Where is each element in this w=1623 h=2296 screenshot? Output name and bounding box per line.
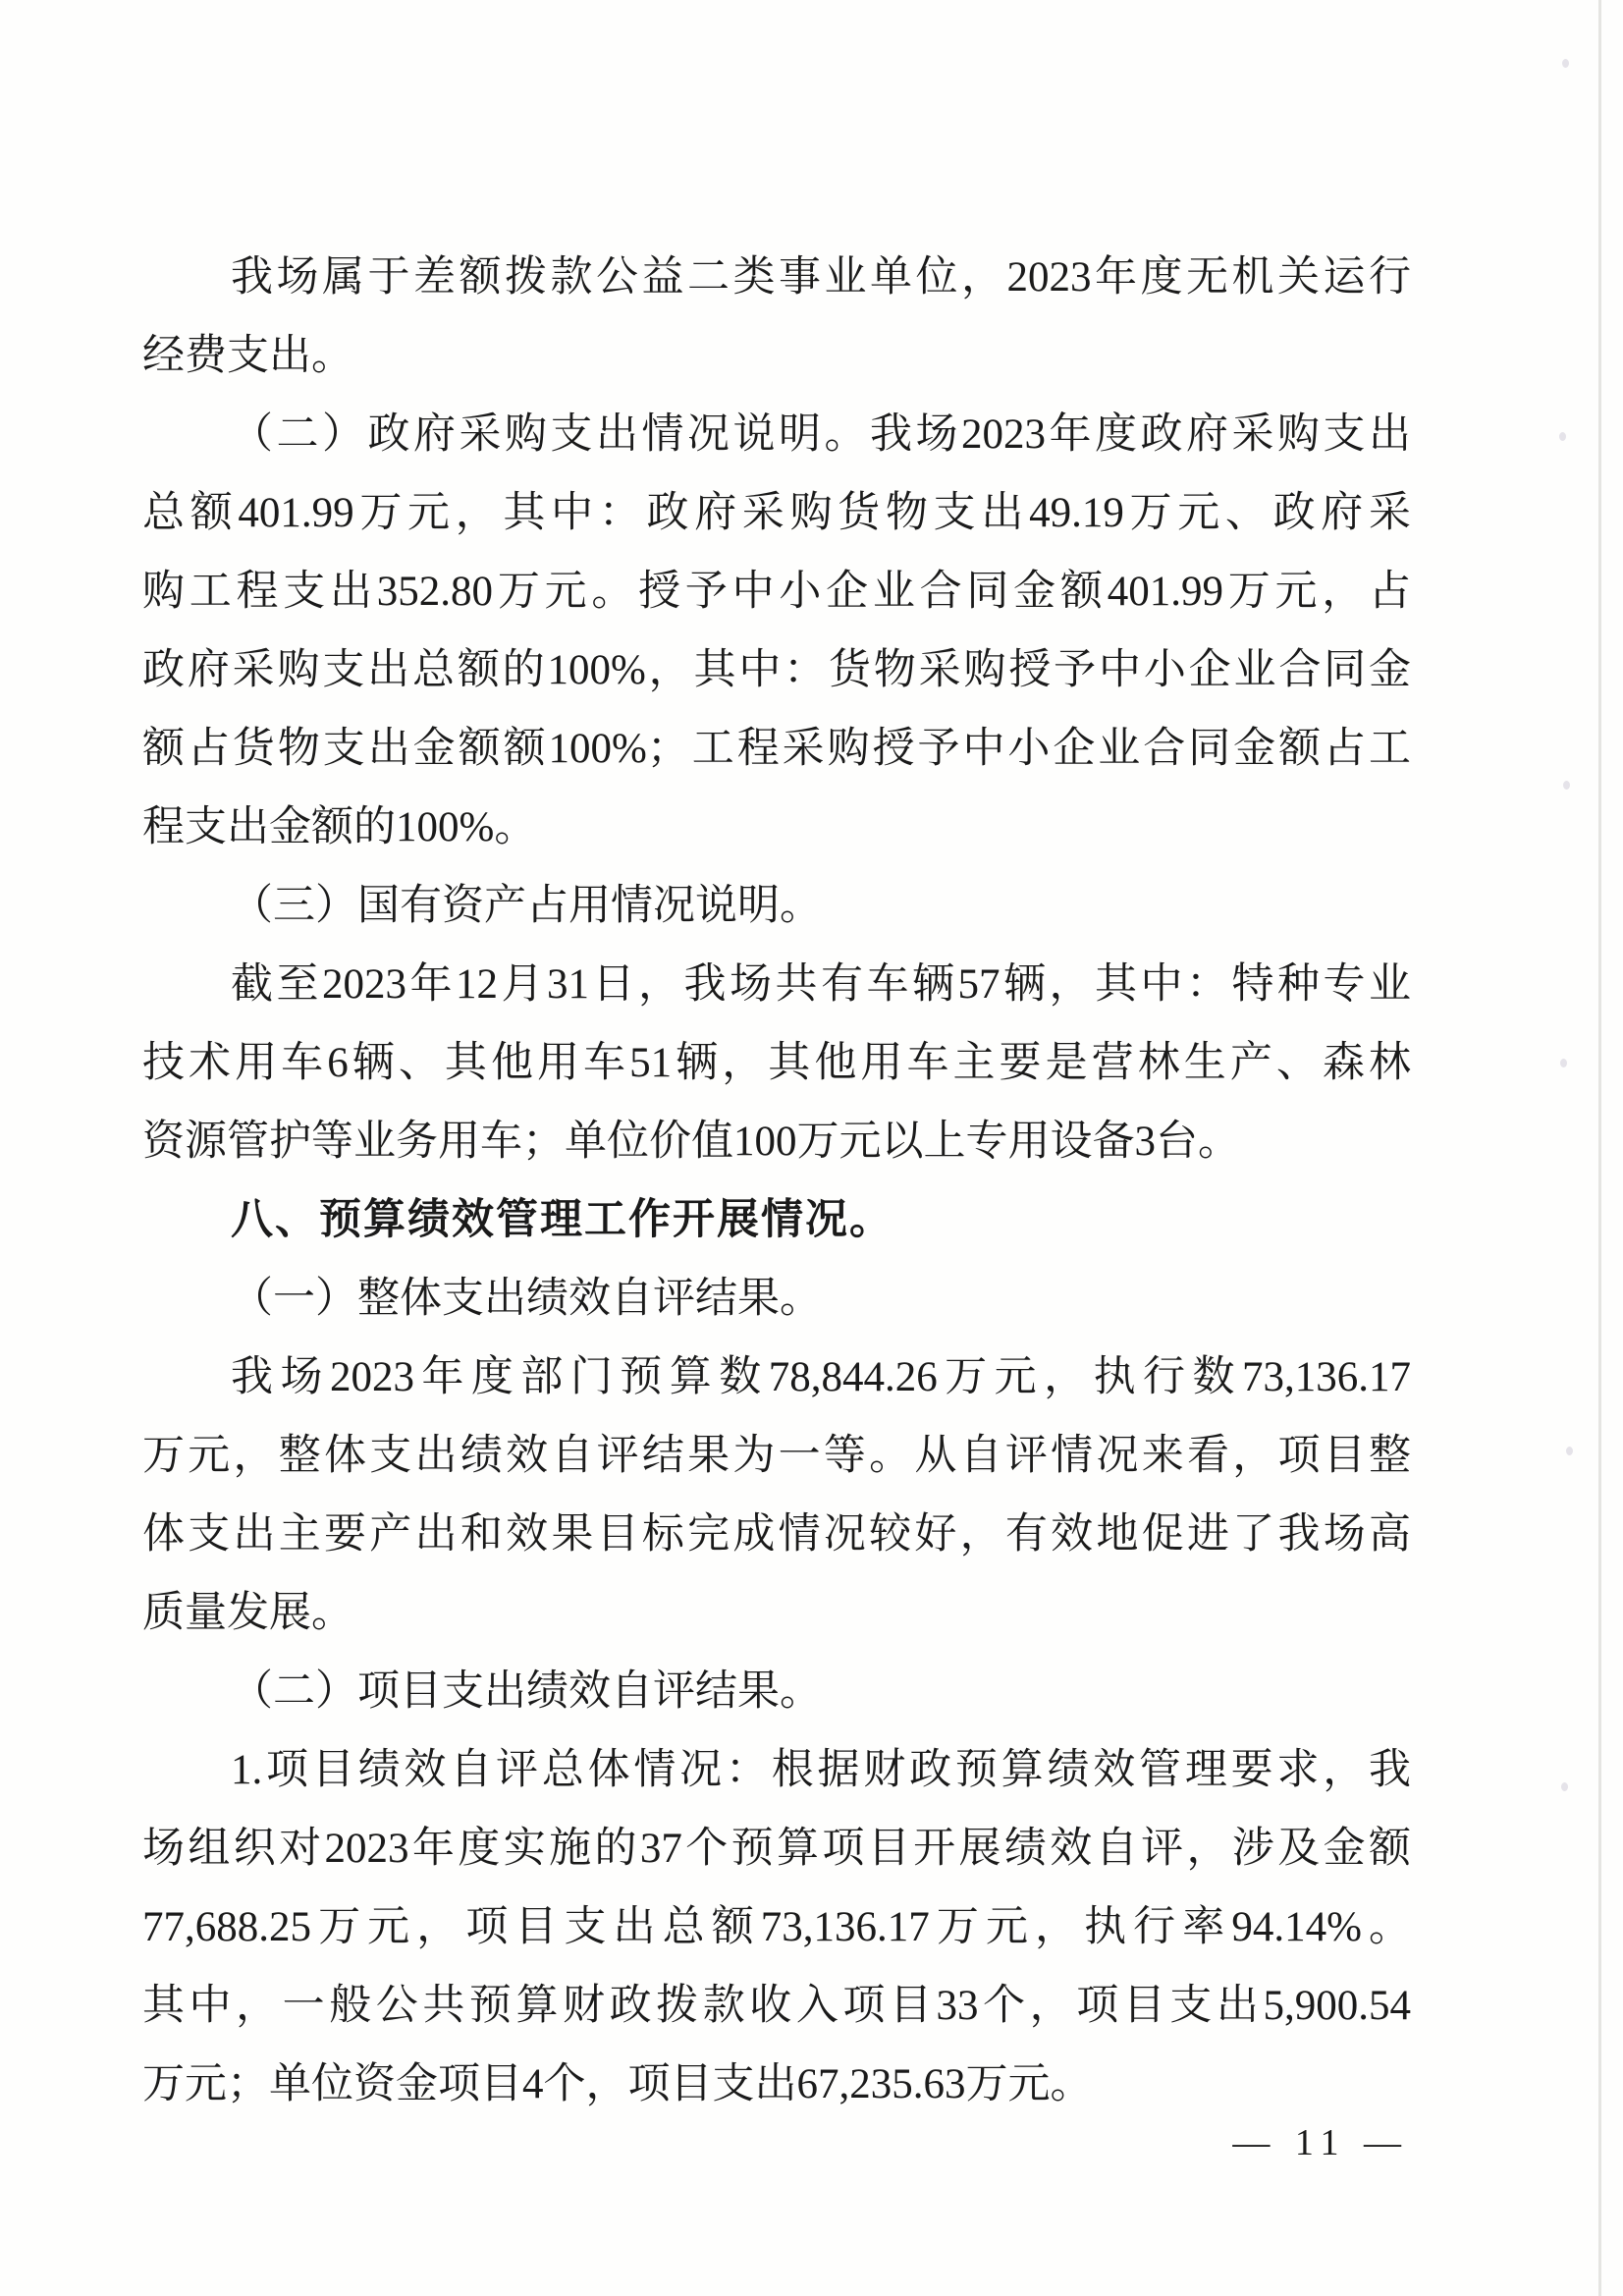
- text-line: 1.项目绩效自评总体情况：根据财政预算绩效管理要求，我: [142, 1731, 1411, 1810]
- scan-speck-artifact: [1562, 59, 1569, 68]
- text-line: 其中，一般公共预算财政拨款收入项目33个，项目支出5,900.54: [142, 1967, 1411, 2046]
- scan-edge-artifact: [1598, 0, 1601, 2296]
- text-line: 我场2023年度部门预算数78,844.26万元，执行数73,136.17: [142, 1339, 1411, 1417]
- text-line: 万元；单位资金项目4个，项目支出67,235.63万元。: [142, 2046, 1411, 2124]
- text-line: 77,688.25万元，项目支出总额73,136.17万元，执行率94.14%。: [142, 1888, 1411, 1967]
- subsection-heading: （一）整体支出绩效自评结果。: [142, 1260, 1411, 1339]
- page-number: — 11 —: [1232, 2121, 1409, 2164]
- scan-speck-artifact: [1559, 432, 1566, 441]
- scan-speck-artifact: [1561, 1782, 1568, 1791]
- text-line: （二）政府采购支出情况说明。我场2023年度政府采购支出: [142, 396, 1411, 474]
- scan-speck-artifact: [1563, 781, 1570, 790]
- text-line: 程支出金额的100%。: [142, 789, 1411, 867]
- text-line: 截至2023年12月31日，我场共有车辆57辆，其中：特种专业: [142, 946, 1411, 1024]
- text-line: 政府采购支出总额的100%，其中：货物采购授予中小企业合同金: [142, 631, 1411, 710]
- text-line: 额占货物支出金额额100%；工程采购授予中小企业合同金额占工: [142, 710, 1411, 789]
- scan-speck-artifact: [1566, 1447, 1573, 1455]
- text-line: 经费支出。: [142, 317, 1411, 396]
- document-body: 我场属于差额拨款公益二类事业单位，2023年度无机关运行 经费支出。 （二）政府…: [142, 239, 1411, 2124]
- subsection-heading: （三）国有资产占用情况说明。: [142, 867, 1411, 946]
- document-page: 我场属于差额拨款公益二类事业单位，2023年度无机关运行 经费支出。 （二）政府…: [0, 0, 1623, 2296]
- subsection-heading: （二）项目支出绩效自评结果。: [142, 1653, 1411, 1731]
- text-line: 场组织对2023年度实施的37个预算项目开展绩效自评，涉及金额: [142, 1810, 1411, 1888]
- text-line: 体支出主要产出和效果目标完成情况较好，有效地促进了我场高: [142, 1496, 1411, 1574]
- section-heading: 八、预算绩效管理工作开展情况。: [142, 1181, 1411, 1260]
- text-line: 技术用车6辆、其他用车51辆，其他用车主要是营林生产、森林: [142, 1024, 1411, 1103]
- scan-speck-artifact: [1560, 1059, 1567, 1067]
- text-line: 总额401.99万元，其中：政府采购货物支出49.19万元、政府采: [142, 474, 1411, 553]
- text-line: 购工程支出352.80万元。授予中小企业合同金额401.99万元，占: [142, 553, 1411, 631]
- text-line: 万元，整体支出绩效自评结果为一等。从自评情况来看，项目整: [142, 1417, 1411, 1496]
- text-line: 质量发展。: [142, 1574, 1411, 1653]
- text-line: 我场属于差额拨款公益二类事业单位，2023年度无机关运行: [142, 239, 1411, 317]
- text-line: 资源管护等业务用车；单位价值100万元以上专用设备3台。: [142, 1103, 1411, 1181]
